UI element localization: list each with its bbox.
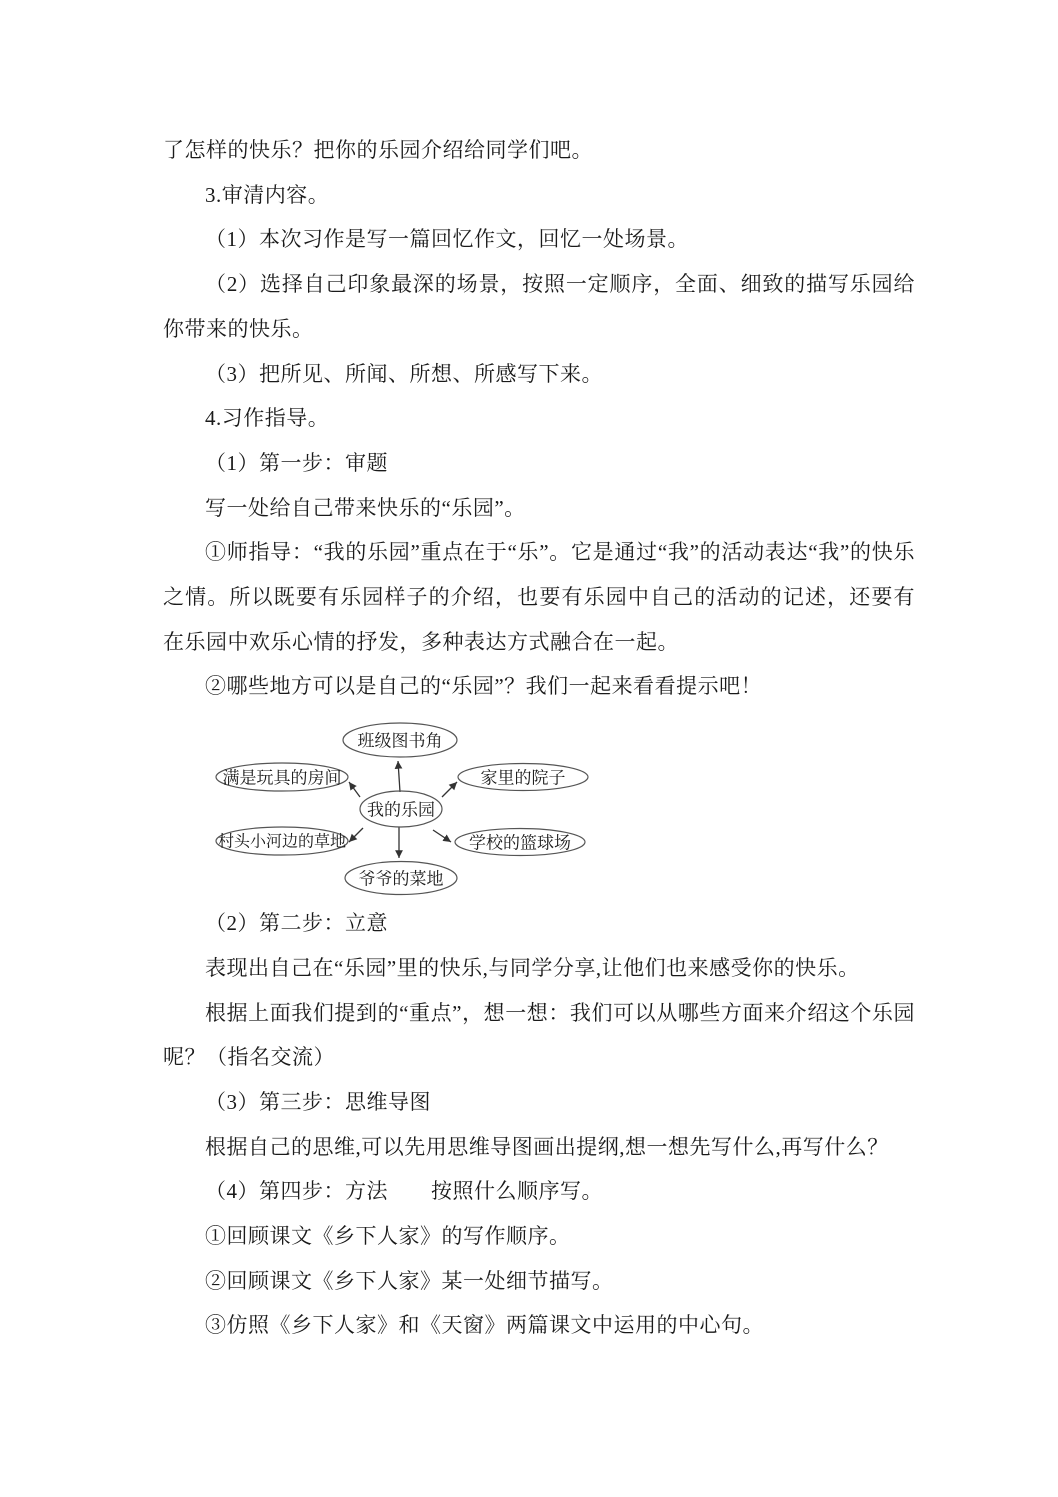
diagram-node-center-label: 我的乐园 [367,801,435,820]
diagram-node-lower-right: 学校的篮球场 [455,829,585,856]
step-2-discussion: 根据上面我们提到的“重点”，想一想：我们可以从哪些方面来介绍这个乐园呢？（指名交… [163,991,915,1080]
document-content: 了怎样的快乐？把你的乐园介绍给同学们吧。 3.审清内容。 （1）本次习作是写一篇… [163,128,915,1348]
paragraph-review-1: （1）本次习作是写一篇回忆作文，回忆一处场景。 [163,217,915,262]
arrow-to-top [398,761,400,792]
arrow-to-lower-right [433,830,451,842]
step-2-heading: （2）第二步：立意 [163,901,915,946]
method-item-1: ①回顾课文《乡下人家》的写作顺序。 [163,1214,915,1259]
method-item-3: ③仿照《乡下人家》和《天窗》两篇课文中运用的中心句。 [163,1303,915,1348]
step-4-heading: （4）第四步：方法 按照什么顺序写。 [163,1169,915,1214]
diagram-node-upper-right-label: 家里的院子 [481,769,566,788]
arrow-to-lower-left [349,828,363,842]
diagram-node-lower-left-label: 村头小河边的草地 [218,832,346,851]
diagram-node-upper-left-label: 满是玩具的房间 [223,769,342,788]
arrow-to-upper-left [349,782,360,797]
diagram-node-lower-left: 村头小河边的草地 [216,827,348,855]
method-item-2: ②回顾课文《乡下人家》某一处细节描写。 [163,1259,915,1304]
section-4-heading: 4.习作指导。 [163,396,915,441]
paragraph-review-3: （3）把所见、所闻、所想、所感写下来。 [163,352,915,397]
step-3-body: 根据自己的思维,可以先用思维导图画出提纲,想一想先写什么,再写什么？ [163,1125,915,1170]
mind-map-diagram: 班级图书角 满是玩具的房间 家里的院子 我的乐园 村头小河边的草地 [210,715,915,901]
diagram-node-center: 我的乐园 [360,791,442,827]
diagram-node-top-label: 班级图书角 [358,732,443,751]
arrow-to-upper-right [442,782,457,797]
diagram-node-lower-right-label: 学校的篮球场 [469,834,571,853]
section-3-heading: 3.审清内容。 [163,173,915,218]
diagram-node-top: 班级图书角 [343,723,457,757]
step-2-body: 表现出自己在“乐园”里的快乐,与同学分享,让他们也来感受你的快乐。 [163,946,915,991]
step-1-body: 写一处给自己带来快乐的“乐园”。 [163,486,915,531]
document-page: 了怎样的快乐？把你的乐园介绍给同学们吧。 3.审清内容。 （1）本次习作是写一篇… [0,0,1058,1497]
prompt-paragraph: ②哪些地方可以是自己的“乐园”？我们一起来看看提示吧！ [163,664,915,709]
diagram-node-bottom: 爷爷的菜地 [345,862,457,895]
paragraph-continuation: 了怎样的快乐？把你的乐园介绍给同学们吧。 [163,128,915,173]
diagram-node-bottom-label: 爷爷的菜地 [359,870,444,889]
diagram-node-upper-left: 满是玩具的房间 [216,763,348,791]
step-1-heading: （1）第一步：审题 [163,441,915,486]
diagram-node-upper-right: 家里的院子 [458,764,588,791]
step-3-heading: （3）第三步：思维导图 [163,1080,915,1125]
paragraph-review-2: （2）选择自己印象最深的场景，按照一定顺序，全面、细致的描写乐园给你带来的快乐。 [163,262,915,351]
teacher-guidance-paragraph: ①师指导：“我的乐园”重点在于“乐”。它是通过“我”的活动表达“我”的快乐之情。… [163,530,915,664]
